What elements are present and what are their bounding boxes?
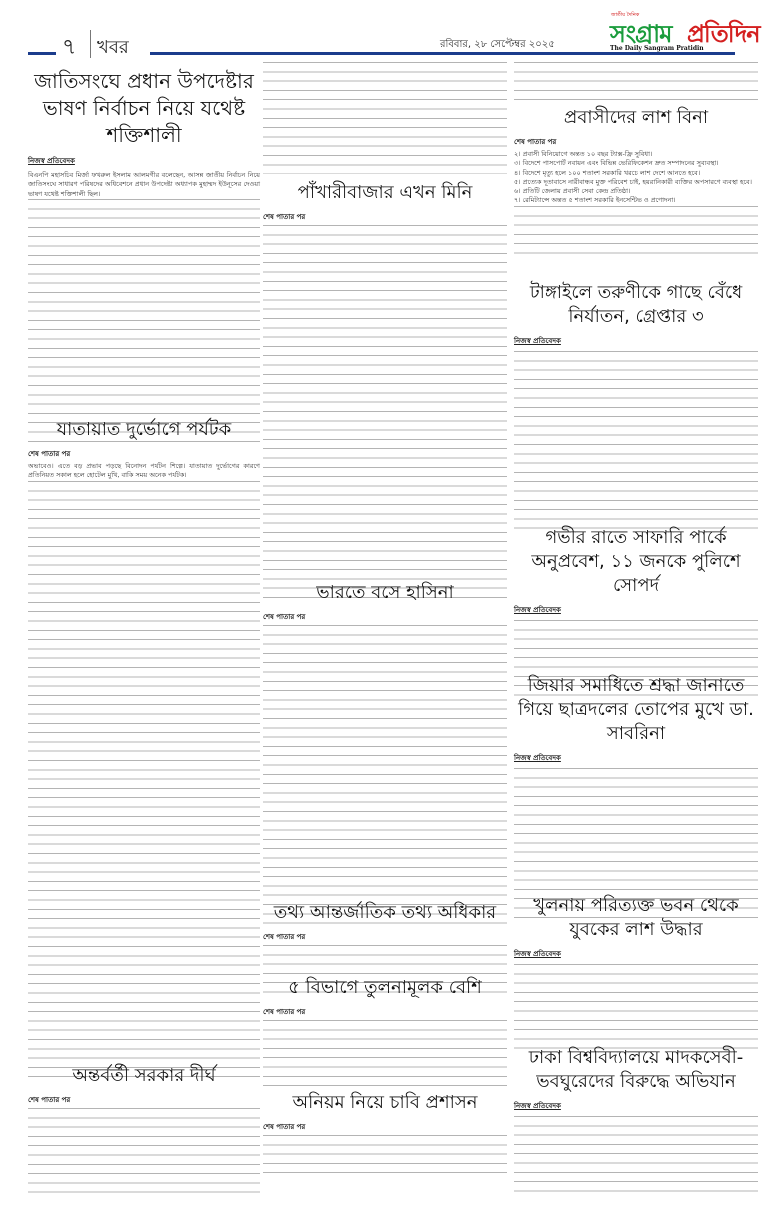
headline: তথ্য আন্তর্জাতিক তথ্য অধিকার <box>263 901 507 925</box>
headline: পাঁখারীবাজার এখন মিনি <box>263 181 507 205</box>
list-item: ৩। বিদেশে পাসপোর্ট নবায়ন এবং বিভিন্ন ভে… <box>514 159 758 168</box>
article-body <box>28 481 260 1081</box>
article-body <box>263 1020 507 1090</box>
newspaper-logo: জাতীয় দৈনিক সংগ্রাম প্রতিদিন The Daily … <box>595 12 755 54</box>
article-du-drive: ঢাকা বিশ্ববিদ্যালয়ে মাদকসেবী-ভবঘুরেদের … <box>514 1040 758 1196</box>
kicker: শেষ পাতার পর <box>514 136 758 148</box>
article-divisions: ৫ বিভাগে তুলনামূলক বেশি শেষ পাতার পর <box>263 970 507 1090</box>
header-separator <box>90 30 91 58</box>
headline: গভীর রাতে সাফারি পার্কে অনুপ্রবেশ, ১১ জন… <box>514 526 758 598</box>
article-khulna: খুলনায় পরিত্যক্ত ভবন থেকে যুবকের লাশ উদ… <box>514 888 758 1054</box>
headline: প্রবাসীদের লাশ বিনা <box>514 106 758 130</box>
article-tourism: যাতায়াত দুর্ভোগে পর্যটক শেষ পাতার পর অভ… <box>28 412 260 1081</box>
article-body <box>28 1108 260 1196</box>
headline: ঢাকা বিশ্ববিদ্যালয়ে মাদকসেবী-ভবঘুরেদের … <box>514 1046 758 1094</box>
article-lead: অভাবেও। এতে বড় প্রভাব পড়ছে বিনোদন পর্য… <box>28 462 260 481</box>
headline: ৫ বিভাগে তুলনামূলক বেশি <box>263 976 507 1000</box>
article-body <box>263 62 507 174</box>
issue-date: রবিবার, ২৮ সেপ্টেম্বর ২০২৫ <box>440 37 555 54</box>
headline: জিয়ার সমাধিতে শ্রদ্ধা জানাতে গিয়ে ছাত্… <box>514 674 758 746</box>
headline: ভারতে বসে হাসিনা <box>263 581 507 605</box>
header-rule-left <box>28 52 56 55</box>
kicker: শেষ পাতার পর <box>263 1121 507 1133</box>
article-interim-govt: অন্তর্বর্তী সরকার দীর্ঘ শেষ পাতার পর <box>28 1058 260 1196</box>
list-item: ৫। প্রত্যেক দূতাবাসে নারীবান্ধব মুক্ত পর… <box>514 178 758 187</box>
headline: অনিয়ম নিয়ে চাবি প্রশাসন <box>263 1091 507 1115</box>
article-irregularity: অনিয়ম নিয়ে চাবি প্রশাসন শেষ পাতার পর <box>263 1085 507 1175</box>
list-item: ৪। বিদেশে মৃত্যু হলে ১০০ শতাংশ সরকারি খর… <box>514 169 758 178</box>
article-tangail: টাঙ্গাইলে তরুণীকে গাছে বেঁধে নির্যাতন, গ… <box>514 275 758 536</box>
list-item: ৭। রেমিট্যান্সে অন্তত ৫ শতাংশ সরকারি ইনস… <box>514 196 758 205</box>
kicker: শেষ পাতার পর <box>28 1094 260 1106</box>
article-hasina: ভারতে বসে হাসিনা শেষ পাতার পর <box>263 575 507 925</box>
headline: টাঙ্গাইলে তরুণীকে গাছে বেঁধে নির্যাতন, গ… <box>514 281 758 329</box>
article-body <box>263 625 507 925</box>
list-item: ২। প্রবাসী বিনিয়োগে অন্তত ১০ বছর ট্যাক্… <box>514 150 758 159</box>
byline: নিজস্ব প্রতিবেদক <box>514 604 758 616</box>
article-expatriates: প্রবাসীদের লাশ বিনা শেষ পাতার পর ২। প্রব… <box>514 100 758 256</box>
article-body <box>263 225 507 600</box>
article-body <box>514 206 758 256</box>
byline: নিজস্ব প্রতিবেদক <box>514 335 758 347</box>
headline: খুলনায় পরিত্যক্ত ভবন থেকে যুবকের লাশ উদ… <box>514 894 758 942</box>
headline: অন্তর্বর্তী সরকার দীর্ঘ <box>28 1064 260 1088</box>
kicker: শেষ পাতার পর <box>263 211 507 223</box>
byline: নিজস্ব প্রতিবেদক <box>514 1100 758 1112</box>
article-lead: বিএনপি মহাসচিব মির্জা ফখরুল ইসলাম আলমগীর… <box>28 171 260 199</box>
article-un-speech: জাতিসংঘে প্রধান উপদেষ্টার ভাষণ নির্বাচন … <box>28 62 260 449</box>
masthead: ৭ খবর রবিবার, ২৮ সেপ্টেম্বর ২০২৫ জাতীয় … <box>0 0 770 60</box>
kicker: শেষ পাতার পর <box>263 931 507 943</box>
byline: নিজস্ব প্রতিবেদক <box>28 155 260 167</box>
article-body <box>514 1116 758 1196</box>
article-body <box>514 351 758 536</box>
kicker: শেষ পাতার পর <box>28 448 260 460</box>
article-continued <box>263 62 507 174</box>
kicker: শেষ পাতার পর <box>263 611 507 623</box>
article-body <box>263 1135 507 1175</box>
article-market: পাঁখারীবাজার এখন মিনি শেষ পাতার পর <box>263 175 507 600</box>
article-continued-right <box>514 62 758 104</box>
article-sabrina: জিয়ার সমাধিতে শ্রদ্ধা জানাতে গিয়ে ছাত্… <box>514 668 758 918</box>
logo-english: The Daily Sangram Pratidin <box>610 45 704 52</box>
byline: নিজস্ব প্রতিবেদক <box>514 948 758 960</box>
byline: নিজস্ব প্রতিবেদক <box>514 752 758 764</box>
headline: যাতায়াত দুর্ভোগে পর্যটক <box>28 418 260 442</box>
kicker: শেষ পাতার পর <box>263 1006 507 1018</box>
article-body <box>514 62 758 104</box>
section-name: খবর <box>97 33 129 64</box>
headline: জাতিসংঘে প্রধান উপদেষ্টার ভাষণ নির্বাচন … <box>28 68 260 149</box>
